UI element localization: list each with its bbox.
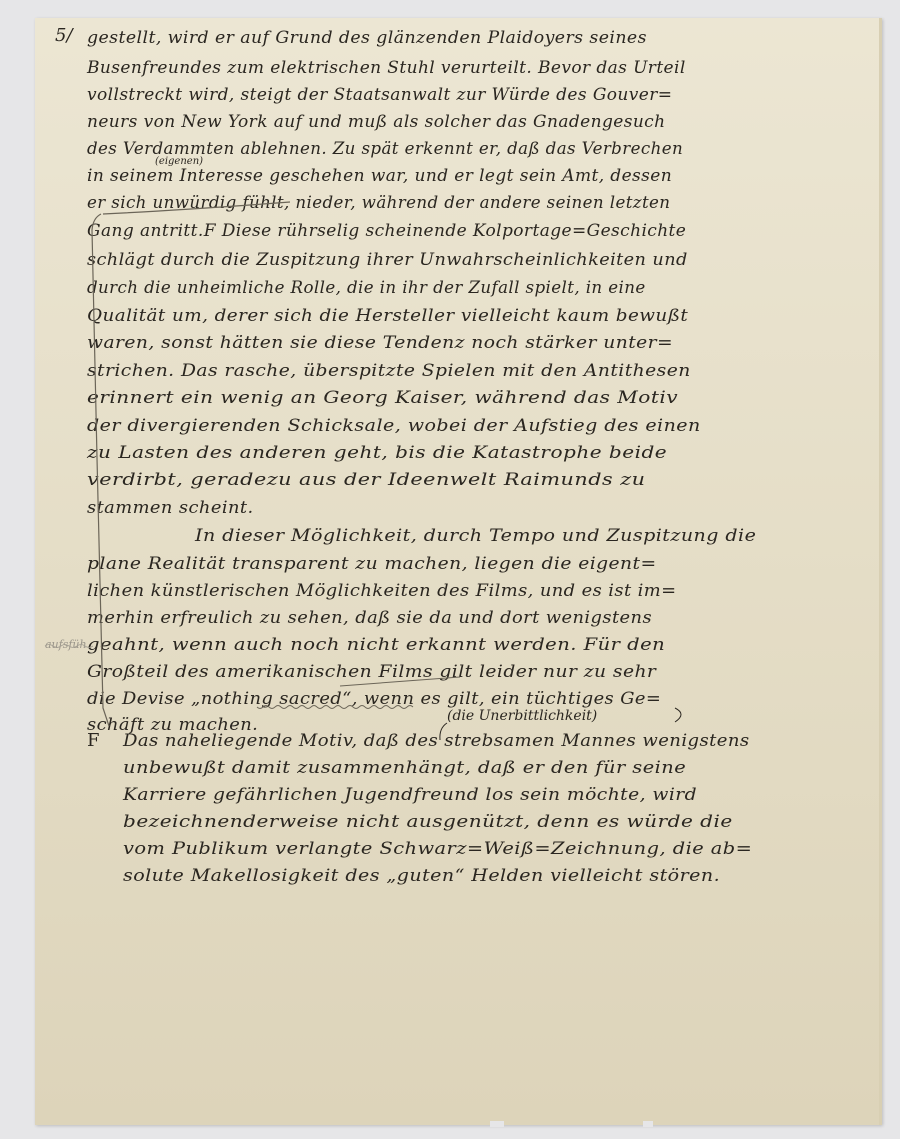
footnote-insertion: (die Unerbittlichkeit): [447, 708, 597, 724]
text-line: Großteil des amerikanischen Films gilt l…: [87, 662, 656, 682]
text-line: erinnert ein wenig an Georg Kaiser, währ…: [87, 388, 678, 408]
text-line: lichen künstlerischen Möglichkeiten des …: [87, 581, 677, 601]
paper-notch: [643, 1121, 653, 1127]
manuscript-page: 5/ gestellt, wird er auf Grund des glänz…: [35, 18, 882, 1125]
text-line-indented: In dieser Möglichkeit, durch Tempo und Z…: [195, 526, 756, 546]
paper-edge: [879, 18, 882, 1125]
text-line: strichen. Das rasche, überspitzte Spiele…: [87, 361, 691, 381]
text-line: waren, sonst hätten sie diese Tendenz no…: [87, 333, 673, 353]
margin-pencil-note: aufsfüh: [45, 638, 87, 651]
footnote-line: solute Makellosigkeit des „guten“ Helden…: [123, 866, 720, 886]
text-line: gestellt, wird er auf Grund des glänzend…: [87, 28, 647, 48]
footnote-marker: F: [87, 730, 100, 751]
text-line: Qualität um, derer sich die Hersteller v…: [87, 306, 688, 326]
text-line: durch die unheimliche Rolle, die in ihr …: [87, 278, 646, 298]
page-number: 5/: [55, 25, 73, 46]
text-line: geahnt, wenn auch noch nicht erkannt wer…: [87, 635, 665, 655]
text-line: in seinem Interesse geschehen war, und e…: [87, 166, 672, 186]
text-line: Gang antritt.F Diese rührselig scheinend…: [87, 221, 686, 241]
footnote-line: vom Publikum verlangte Schwarz=Weiß=Zeic…: [123, 839, 752, 859]
footnote-line: Karriere gefährlichen Jugendfreund los s…: [123, 785, 697, 805]
text-line: verdirbt, geradezu aus der Ideenwelt Rai…: [87, 470, 645, 490]
text-line: Busenfreundes zum elektrischen Stuhl ver…: [87, 58, 686, 78]
text-line: plane Realität transparent zu machen, li…: [87, 554, 657, 574]
text-line: neurs von New York auf und muß als solch…: [87, 112, 665, 132]
text-line: zu Lasten des anderen geht, bis die Kata…: [87, 443, 667, 463]
text-line: er sich unwürdig fühlt, nieder, während …: [87, 193, 670, 213]
text-line: vollstreckt wird, steigt der Staatsanwal…: [87, 85, 672, 105]
paper-notch: [490, 1121, 504, 1127]
footnote-line: unbewußt damit zusammenhängt, daß er den…: [123, 758, 686, 778]
text-line: merhin erfreulich zu sehen, daß sie da u…: [87, 608, 652, 628]
text-line: stammen scheint.: [87, 498, 254, 518]
text-line: der divergierenden Schicksale, wobei der…: [87, 416, 701, 436]
footnote-line: Das naheliegende Motiv, daß des strebsam…: [123, 731, 750, 751]
insertion-bracket: [675, 708, 681, 722]
text-line: schlägt durch die Zuspitzung ihrer Unwah…: [87, 250, 688, 270]
footnote-line: bezeichnenderweise nicht ausgenützt, den…: [123, 812, 733, 832]
text-line: die Devise „nothing sacred“, wenn es gil…: [87, 689, 661, 709]
